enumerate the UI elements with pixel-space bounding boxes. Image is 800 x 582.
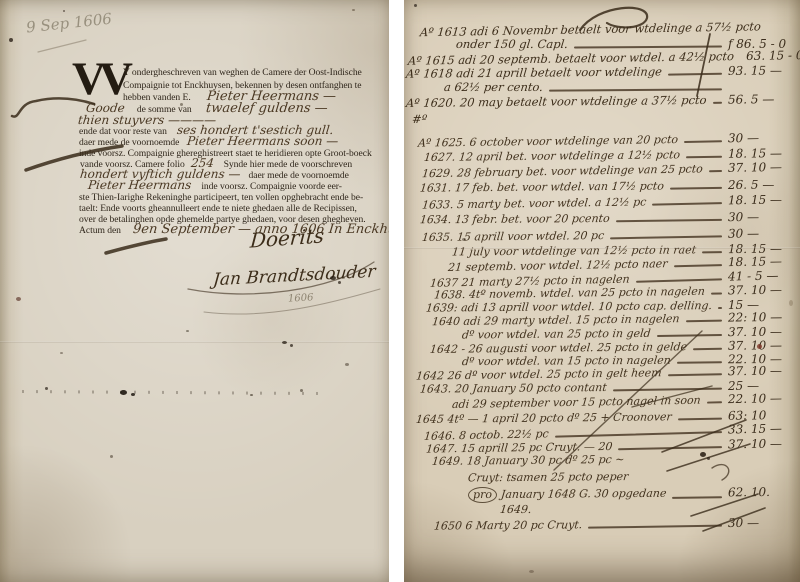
ledger-amount: 37. 10 — (728, 282, 794, 297)
ruled-dash-line (574, 46, 722, 49)
pencil-date-note: 9 Sep 1606 (25, 10, 112, 37)
paper-stain-dots (22, 390, 322, 395)
ledger-entry: 1650 6 Marty 20 pc Cruyt.30 — (434, 515, 794, 532)
paper-speck (60, 352, 63, 354)
ledger-amount: 37. 10 — (728, 325, 794, 340)
paper-speck (707, 457, 710, 460)
handwritten-text: twaelef guldens — (205, 101, 328, 116)
ledger-entry-text: 1650 6 Marty 20 pc Cruyt. (433, 518, 583, 532)
paper-speck (338, 281, 341, 284)
paper-speck (110, 455, 113, 458)
paper-speck (9, 38, 13, 42)
ledger-entry-text: #º (411, 112, 428, 126)
paper-speck (700, 452, 706, 457)
ledger-entry-text: 1633. 5 marty bet. voor wtdel. a 12½ pc (421, 195, 647, 211)
ledger-amount: 18. 15 — (728, 146, 794, 161)
ruled-dash-line (652, 202, 722, 205)
ledger-entry-text: Cruyt: tsamen 25 pcto peper (467, 470, 629, 484)
ledger-entry: 1634. 13 febr. bet. voor 20 pcento30 — (420, 210, 794, 227)
ruled-dash-line (618, 446, 722, 450)
paper-speck (352, 9, 355, 11)
ledger-amount: 33. 15 — (728, 421, 794, 436)
ledger-entry-text: 1631. 17 feb. bet. voor wtdel. van 17½ p… (419, 179, 664, 194)
ledger-amount: 26. 5 — (728, 177, 794, 192)
ledger-entry-text: 1649. (499, 503, 532, 516)
paper-speck (282, 341, 287, 344)
ledger-entry: 1649. (500, 503, 794, 516)
ruled-dash-line (686, 156, 722, 158)
ruled-dash-line (702, 251, 722, 253)
left-page-scan: 9 Sep 1606 VV Y ondergheschreven van weg… (0, 0, 389, 582)
ruled-dash-line (686, 320, 722, 322)
ledger-entry: proJanuary 1648 G. 30 opgedane62. 10. (468, 485, 794, 503)
ruled-dash-line (657, 334, 722, 337)
ruled-dash-line (678, 418, 722, 421)
ruled-dash-line (674, 264, 723, 267)
ledger-entry-text: Aº 1620. 20 may betaelt voor wtdelinge a… (405, 93, 707, 110)
ledger-entry-text: a 62½ per cento. (443, 80, 543, 94)
paper-speck (300, 389, 303, 392)
ruled-dash-line (670, 187, 722, 190)
paper-speck (757, 344, 762, 349)
ruled-dash-line (616, 219, 722, 222)
paper-speck (330, 276, 336, 280)
ledger-amount: 22: 10 — (728, 310, 794, 325)
paper-speck (63, 10, 65, 12)
paper-speck (131, 393, 135, 396)
manuscript-scan: 9 Sep 1606 VV Y ondergheschreven van weg… (0, 0, 800, 582)
ledger-entry-text: 1643. 20 January 50 pcto contant (419, 381, 607, 396)
paper-speck (180, 103, 183, 106)
ruled-dash-line (707, 401, 722, 403)
paper-speck (250, 394, 253, 396)
ruled-dash-line (549, 89, 722, 92)
ledger-entry-text: 1634. 13 febr. bet. voor 20 pcento (419, 212, 610, 226)
drop-cap-initial: VV (72, 56, 126, 103)
ledger-amount (728, 479, 794, 480)
ruled-dash-line (718, 307, 722, 309)
paper-speck (462, 238, 466, 241)
paper-crease (404, 247, 800, 249)
ruled-dash-line (613, 388, 722, 392)
ledger-amount: 30 — (728, 515, 794, 530)
ledger-entry: #º (412, 112, 794, 126)
ledger-amount: 93. 15 — (728, 63, 794, 78)
ledger-entry-text: 1649. 18 January 30 pc dº 25 pc ~ (431, 453, 625, 468)
ruled-dash-line (555, 431, 722, 437)
ledger-entry-text: Aº 1618 adi 21 aprill betaelt voor wtdel… (405, 64, 662, 80)
ledger-amount: 30 — (728, 210, 794, 224)
ruled-dash-line (588, 525, 722, 529)
paper-speck (414, 4, 417, 7)
ruled-dash-line (677, 361, 722, 363)
ledger-entry-text: 1635. 15 aprill voor wtdel. 20 pc (421, 229, 604, 244)
ruled-dash-line (713, 102, 722, 104)
ruled-dash-line (610, 236, 722, 240)
ledger-amount: 37. 10 — (728, 160, 794, 175)
ledger-amount: 18. 15 — (728, 192, 794, 207)
paper-speck (186, 330, 189, 332)
right-page-scan: Aº 1613 adi 6 Novembr betaelt voor wtdel… (404, 0, 800, 582)
signature-second: Jan Brandtsdouder (212, 262, 376, 291)
circled-note: pro (468, 487, 497, 503)
ledger-entry: Aº 1620. 20 may betaelt voor wtdelinge a… (406, 92, 794, 110)
ruled-dash-line (684, 140, 722, 143)
ledger-amount: 18. 15 — (728, 254, 794, 269)
ledger-amount: 30 — (728, 226, 794, 241)
ledger-amount: 41 - 5 — (728, 268, 794, 283)
ledger-amount: 37. 10 — (728, 436, 794, 451)
paper-speck (345, 363, 349, 366)
ruled-dash-line (668, 373, 722, 376)
paper-speck (789, 300, 793, 306)
ledger-amount (773, 29, 800, 30)
paper-crease (0, 341, 389, 343)
ledger-amount: 30 — (728, 130, 794, 145)
ledger-entry: 1631. 17 feb. bet. voor wtdel. van 17½ p… (420, 177, 794, 194)
ruled-dash-line (711, 293, 722, 295)
ledger-entry: Cruyt: tsamen 25 pcto peper (468, 469, 794, 485)
ledger-amount: 62. 10. (728, 485, 794, 499)
ledger-entry-text: onder 150 gl. Capl. (455, 37, 568, 51)
ledger-amount: 56. 5 — (728, 92, 794, 107)
printed-text: Actum den (79, 225, 121, 236)
ruled-dash-line (709, 170, 722, 172)
ruled-dash-line (668, 73, 722, 76)
ruled-dash-line (693, 348, 722, 350)
ledger-amount: 22. 10 — (728, 391, 794, 406)
ledger-amount (728, 461, 794, 462)
ledger-amount: 63. 15 - 0 (746, 48, 800, 63)
signature-year-note: 1606 (288, 292, 314, 304)
ledger-entry: Aº 1618 adi 21 aprill betaelt voor wtdel… (406, 63, 794, 80)
ruled-dash-line (672, 496, 722, 498)
ledger-entry: 1633. 5 marty bet. voor wtdel. a 12½ pc1… (422, 192, 794, 211)
paper-speck (120, 390, 127, 395)
signature-first: Doerits (249, 223, 325, 252)
paper-speck (290, 344, 293, 347)
ledger-entry-text: January 1648 G. 30 opgedane (500, 487, 667, 501)
paper-speck (529, 570, 534, 573)
paper-speck (16, 297, 21, 301)
ruled-dash-line (636, 279, 722, 283)
receipt-line: Actum den9en September — anno 1606 In En… (79, 220, 389, 238)
ledger-amount: 37. 10 — (728, 363, 794, 378)
paper-speck (45, 387, 48, 390)
ledger-entry: 1649. 18 January 30 pc dº 25 pc ~ (432, 451, 794, 468)
